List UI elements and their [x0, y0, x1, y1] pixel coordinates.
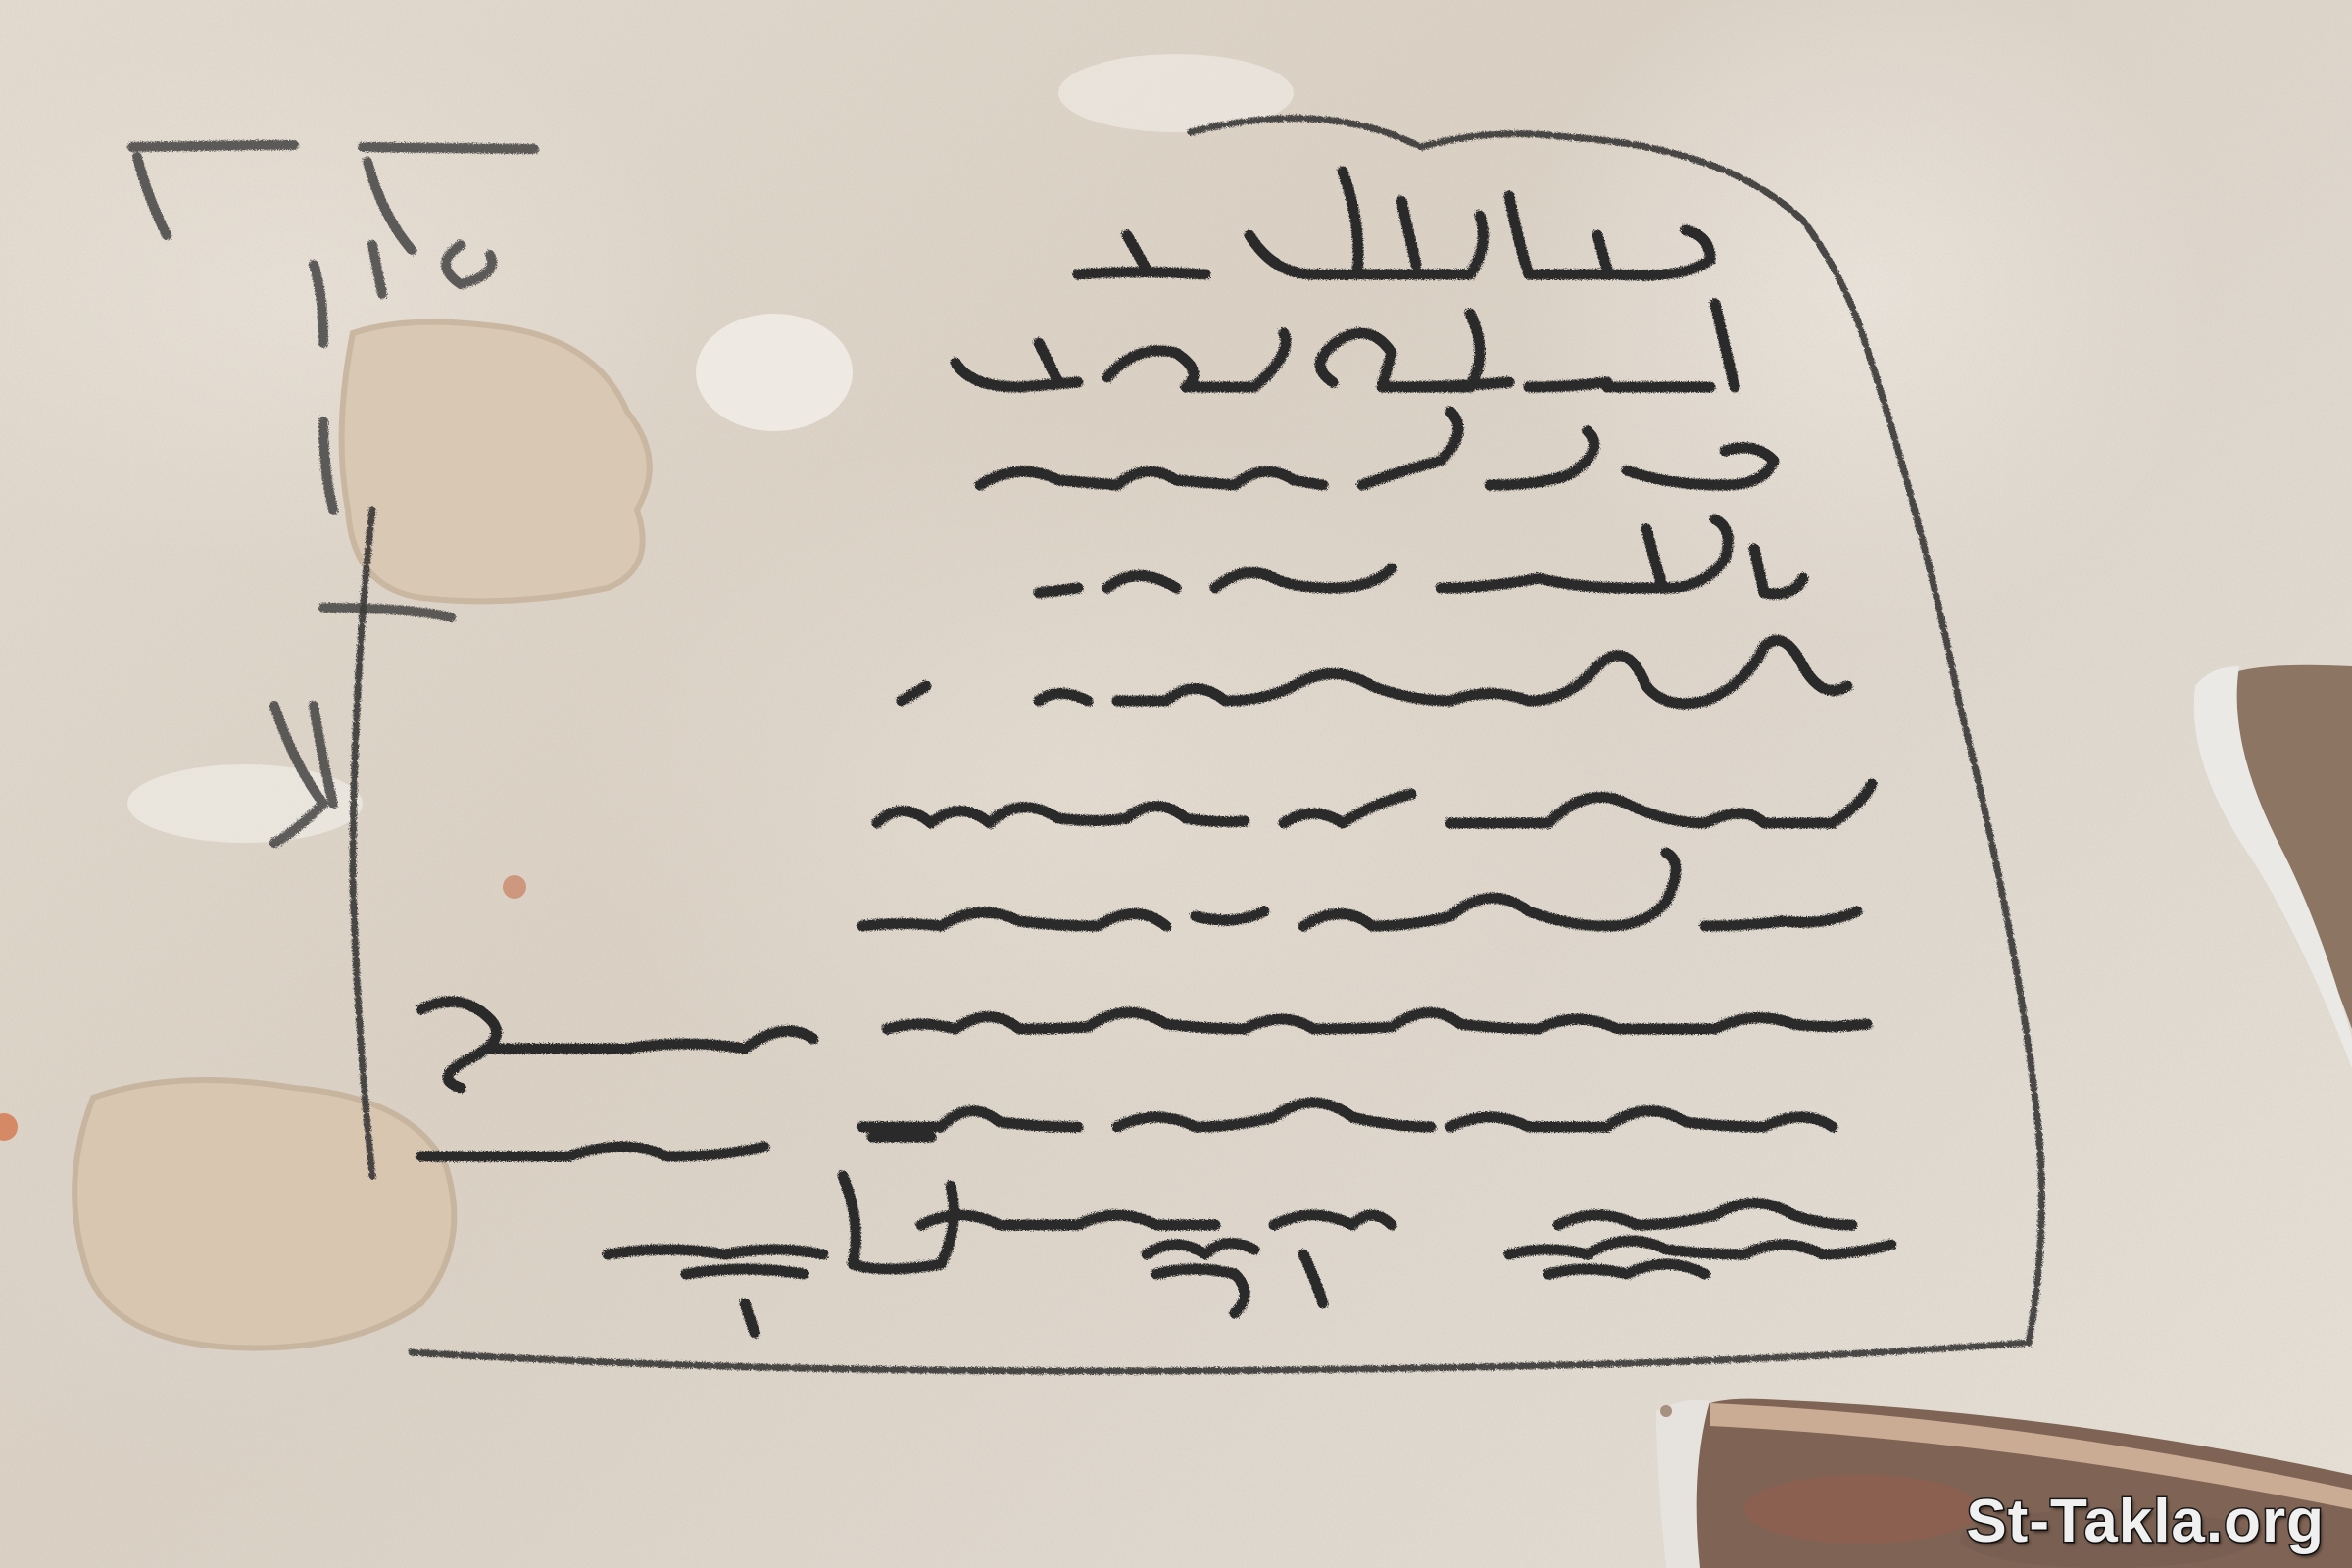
site-watermark: St-Takla.org — [1966, 1487, 2325, 1556]
inscription-artwork — [0, 0, 2352, 1568]
photograph: St-Takla.org — [0, 0, 2352, 1568]
